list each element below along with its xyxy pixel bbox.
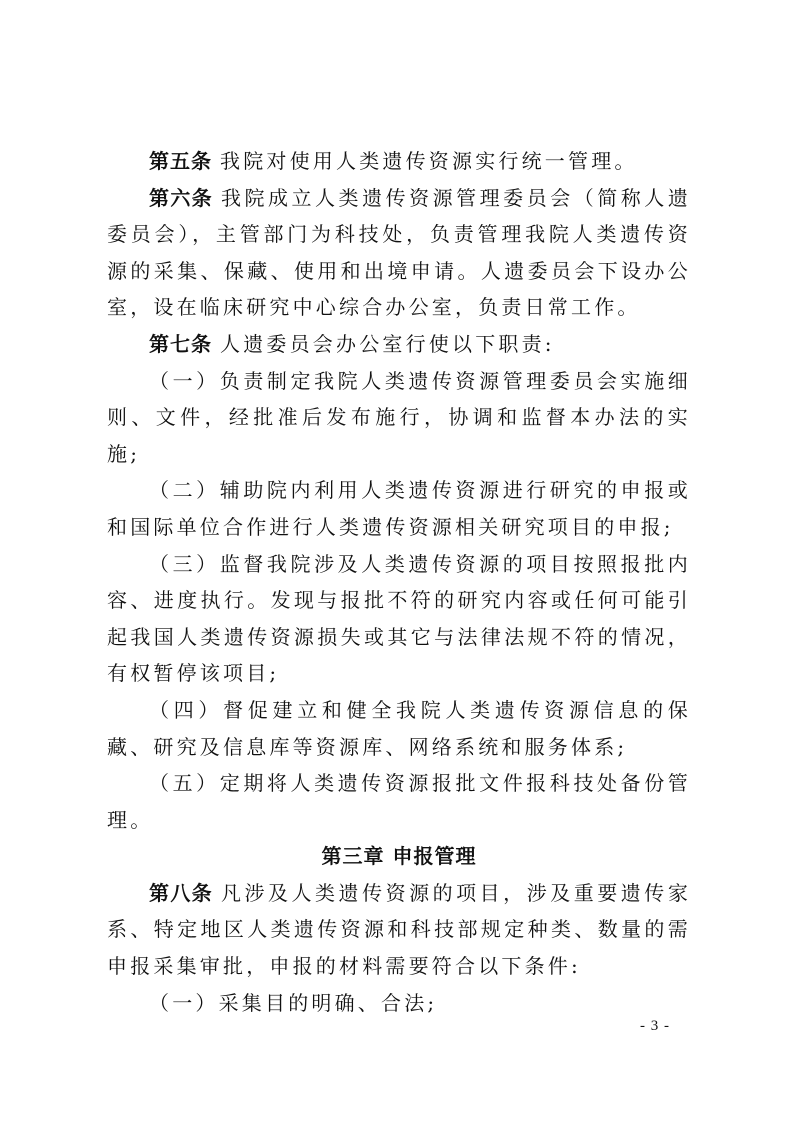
- article-number: 第七条: [149, 332, 212, 356]
- list-item: （一）负责制定我院人类遗传资源管理委员会实施细则、文件，经批准后发布施行，协调和…: [107, 363, 691, 473]
- document-body: 第五条我院对使用人类遗传资源实行统一管理。 第六条我院成立人类遗传资源管理委员会…: [107, 143, 691, 1021]
- list-item: （三）监督我院涉及人类遗传资源的项目按照报批内容、进度执行。发现与报批不符的研究…: [107, 546, 691, 692]
- list-item: （二）辅助院内利用人类遗传资源进行研究的申报或和国际单位合作进行人类遗传资源相关…: [107, 472, 691, 545]
- list-item: （一）采集目的明确、合法;: [107, 985, 691, 1022]
- article-number: 第八条: [149, 881, 213, 905]
- article-number: 第五条: [149, 149, 212, 173]
- article-7: 第七条人遗委员会办公室行使以下职责:: [107, 326, 691, 363]
- article-number: 第六条: [149, 186, 213, 210]
- article-8: 第八条凡涉及人类遗传资源的项目，涉及重要遗传家系、特定地区人类遗传资源和科技部规…: [107, 875, 691, 985]
- list-item: （四）督促建立和健全我院人类遗传资源信息的保藏、研究及信息库等资源库、网络系统和…: [107, 692, 691, 765]
- article-6: 第六条我院成立人类遗传资源管理委员会（简称人遗委员会），主管部门为科技处，负责管…: [107, 180, 691, 326]
- article-text: 人遗委员会办公室行使以下职责:: [220, 332, 555, 356]
- list-item: （五）定期将人类遗传资源报批文件报科技处备份管理。: [107, 765, 691, 838]
- page-number: - 3 -: [640, 1018, 670, 1035]
- chapter-title: 第三章 申报管理: [107, 838, 691, 875]
- article-5: 第五条我院对使用人类遗传资源实行统一管理。: [107, 143, 691, 180]
- article-text: 我院对使用人类遗传资源实行统一管理。: [220, 149, 638, 173]
- document-page: 第五条我院对使用人类遗传资源实行统一管理。 第六条我院成立人类遗传资源管理委员会…: [0, 0, 794, 1123]
